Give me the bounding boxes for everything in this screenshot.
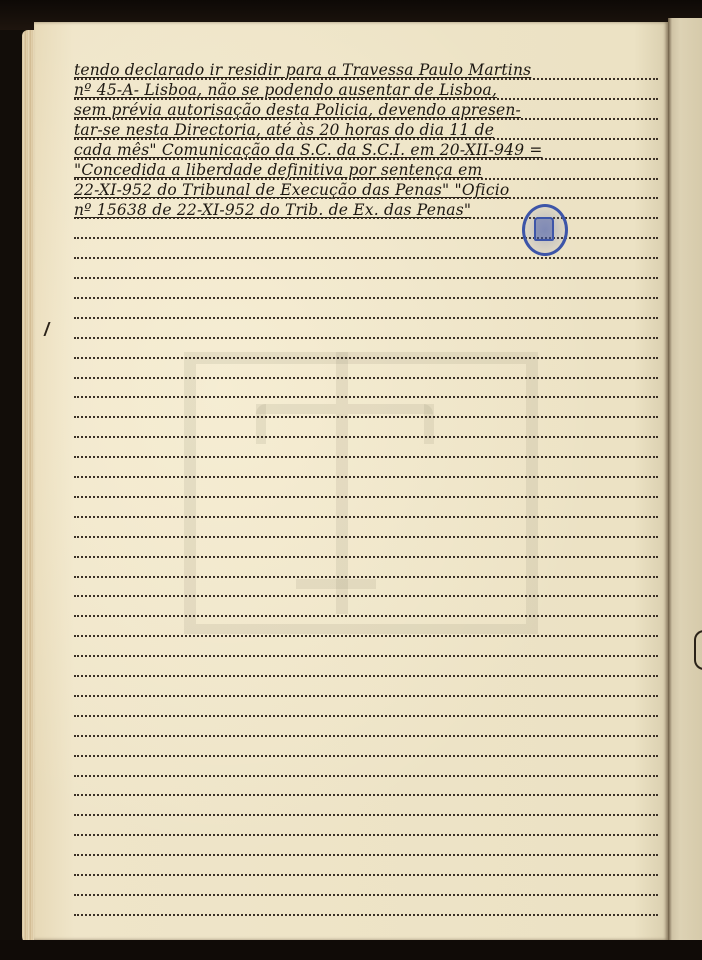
stamp-emblem-icon bbox=[534, 217, 554, 241]
ruled-line bbox=[74, 894, 658, 896]
ruled-line bbox=[74, 536, 658, 538]
handwritten-line: 22-XI-952 do Tribunal de Execução das Pe… bbox=[74, 180, 509, 200]
official-seal-stamp-icon bbox=[522, 204, 568, 256]
ruled-line bbox=[74, 635, 658, 637]
adjacent-page-ink-mark bbox=[694, 630, 702, 670]
ruled-line bbox=[74, 675, 658, 677]
ruled-line bbox=[74, 476, 658, 478]
ruled-line bbox=[74, 775, 658, 777]
ruled-line bbox=[74, 794, 658, 796]
handwritten-line: "Concedida a liberdade definitiva por se… bbox=[74, 160, 482, 180]
ruled-line bbox=[74, 357, 658, 359]
ruled-line bbox=[74, 237, 658, 239]
ruled-line bbox=[74, 854, 658, 856]
archive-logo-watermark-icon bbox=[184, 352, 538, 634]
handwritten-line: tendo declarado ir residir para a Traves… bbox=[74, 60, 531, 80]
ruled-line bbox=[74, 317, 658, 319]
ruled-line bbox=[74, 874, 658, 876]
handwritten-line: sem prévia autorisação desta Policia, de… bbox=[74, 100, 521, 120]
ruled-line bbox=[74, 834, 658, 836]
ruled-line bbox=[74, 576, 658, 578]
ruled-line bbox=[74, 556, 658, 558]
margin-ink-mark bbox=[43, 322, 53, 336]
handwritten-line: tar-se nesta Directoria, até às 20 horas… bbox=[74, 120, 494, 140]
ruled-line bbox=[74, 297, 658, 299]
ruled-line bbox=[74, 436, 658, 438]
handwritten-line: nº 45-A- Lisboa, não se podendo ausentar… bbox=[74, 80, 497, 100]
ruled-line bbox=[74, 655, 658, 657]
ruled-line bbox=[74, 755, 658, 757]
ruled-line bbox=[74, 456, 658, 458]
scan-bottom-background bbox=[0, 940, 702, 960]
ruled-line bbox=[74, 914, 658, 916]
ruled-line bbox=[74, 595, 658, 597]
ruled-line bbox=[74, 257, 658, 259]
ledger-page: tendo declarado ir residir para a Traves… bbox=[34, 22, 668, 940]
ruled-line bbox=[74, 516, 658, 518]
ruled-line bbox=[74, 715, 658, 717]
ruled-line bbox=[74, 735, 658, 737]
handwritten-line: nº 15638 de 22-XI-952 do Trib. de Ex. da… bbox=[74, 200, 471, 220]
ruled-line bbox=[74, 496, 658, 498]
ruled-line bbox=[74, 814, 658, 816]
ruled-line bbox=[74, 277, 658, 279]
ruled-line bbox=[74, 416, 658, 418]
ruled-line bbox=[74, 396, 658, 398]
ruled-line bbox=[74, 695, 658, 697]
ruled-line bbox=[74, 615, 658, 617]
ruled-line bbox=[74, 377, 658, 379]
ruled-line bbox=[74, 337, 658, 339]
handwritten-line: cada mês" Comunicação da S.C. da S.C.I. … bbox=[74, 140, 543, 160]
adjacent-page-edge bbox=[668, 18, 702, 940]
